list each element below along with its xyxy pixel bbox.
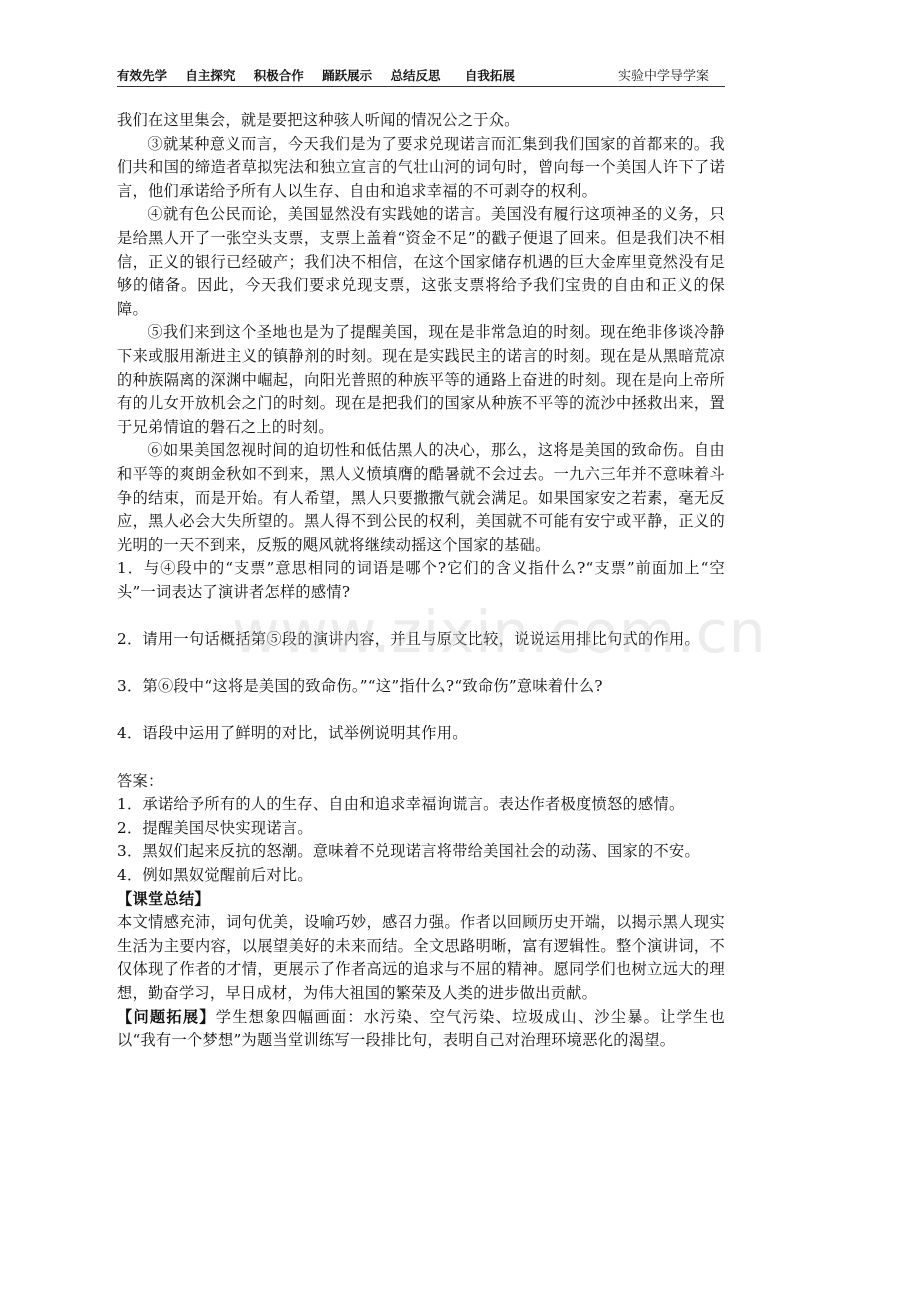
- school-title: 实验中学导学案: [618, 65, 709, 84]
- summary-text: 本文情感充沛，词句优美，设喻巧妙，感召力强。作者以回顾历史开端，以揭示黑人现实生…: [117, 911, 725, 1005]
- header-nav: 有效先学 自主探究 积极合作 踊跃展示 总结反思 自我拓展: [117, 66, 529, 84]
- question-4: 4．语段中运用了鲜明的对比，试举例说明其作用。: [117, 722, 725, 746]
- extension-heading: 【问题拓展】: [117, 1008, 216, 1026]
- question-1: 1．与④段中的“支票”意思相同的词语是哪个?它们的含义指什么?“支票”前面加上“…: [117, 557, 725, 604]
- answer-3: 3．黑奴们起来反抗的怒潮。意味着不兑现诺言将带给美国社会的动荡、国家的不安。: [117, 840, 725, 864]
- answer-space: [117, 604, 725, 628]
- passage-paragraph-4: ④就有色公民而论，美国显然没有实践她的诺言。美国没有履行这项神圣的义务，只是给黑…: [117, 203, 725, 321]
- header-item-1: 有效先学: [117, 68, 167, 83]
- extension-paragraph: 【问题拓展】学生想象四幅画面：水污染、空气污染、垃圾成山、沙尘暴。让学生也以“我…: [117, 1006, 725, 1053]
- header-item-3: 积极合作: [254, 68, 304, 83]
- header-item-6: 自我拓展: [465, 68, 515, 83]
- passage-paragraph-3: ③就某种意义而言，今天我们是为了要求兑现诺言而汇集到我们国家的首都来的。我们共和…: [117, 133, 725, 204]
- answer-2: 2．提醒美国尽快实现诺言。: [117, 817, 725, 841]
- answer-4: 4．例如黑奴觉醒前后对比。: [117, 864, 725, 888]
- question-3: 3．第⑥段中“这将是美国的致命伤。”“这”指什么?“致命伤”意味着什么?: [117, 675, 725, 699]
- answer-space: [117, 746, 725, 770]
- summary-heading: 【课堂总结】: [117, 888, 725, 912]
- header-item-5: 总结反思: [391, 68, 441, 83]
- passage-paragraph-intro: 我们在这里集会，就是要把这种骇人听闻的情况公之于众。: [117, 109, 725, 133]
- page-header: 有效先学 自主探究 积极合作 踊跃展示 总结反思 自我拓展 实验中学导学案: [117, 62, 725, 87]
- answer-1: 1．承诺给予所有的人的生存、自由和追求幸福询谎言。表达作者极度愤怒的感情。: [117, 793, 725, 817]
- answer-space: [117, 699, 725, 723]
- passage-paragraph-6: ⑥如果美国忽视时间的迫切性和低估黑人的决心，那么，这将是美国的致命伤。自由和平等…: [117, 439, 725, 557]
- header-item-4: 踊跃展示: [322, 68, 372, 83]
- question-2: 2．请用一句话概括第⑤段的演讲内容，并且与原文比较，说说运用排比句式的作用。: [117, 628, 725, 652]
- document-page: 有效先学 自主探究 积极合作 踊跃展示 总结反思 自我拓展 实验中学导学案 我们…: [117, 62, 725, 1053]
- passage-paragraph-5: ⑤我们来到这个圣地也是为了提醒美国，现在是非常急迫的时刻。现在绝非侈谈冷静下来或…: [117, 321, 725, 439]
- answer-space: [117, 652, 725, 676]
- document-body: 我们在这里集会，就是要把这种骇人听闻的情况公之于众。 ③就某种意义而言，今天我们…: [117, 109, 725, 1053]
- answers-label: 答案：: [117, 770, 725, 794]
- header-item-2: 自主探究: [185, 68, 235, 83]
